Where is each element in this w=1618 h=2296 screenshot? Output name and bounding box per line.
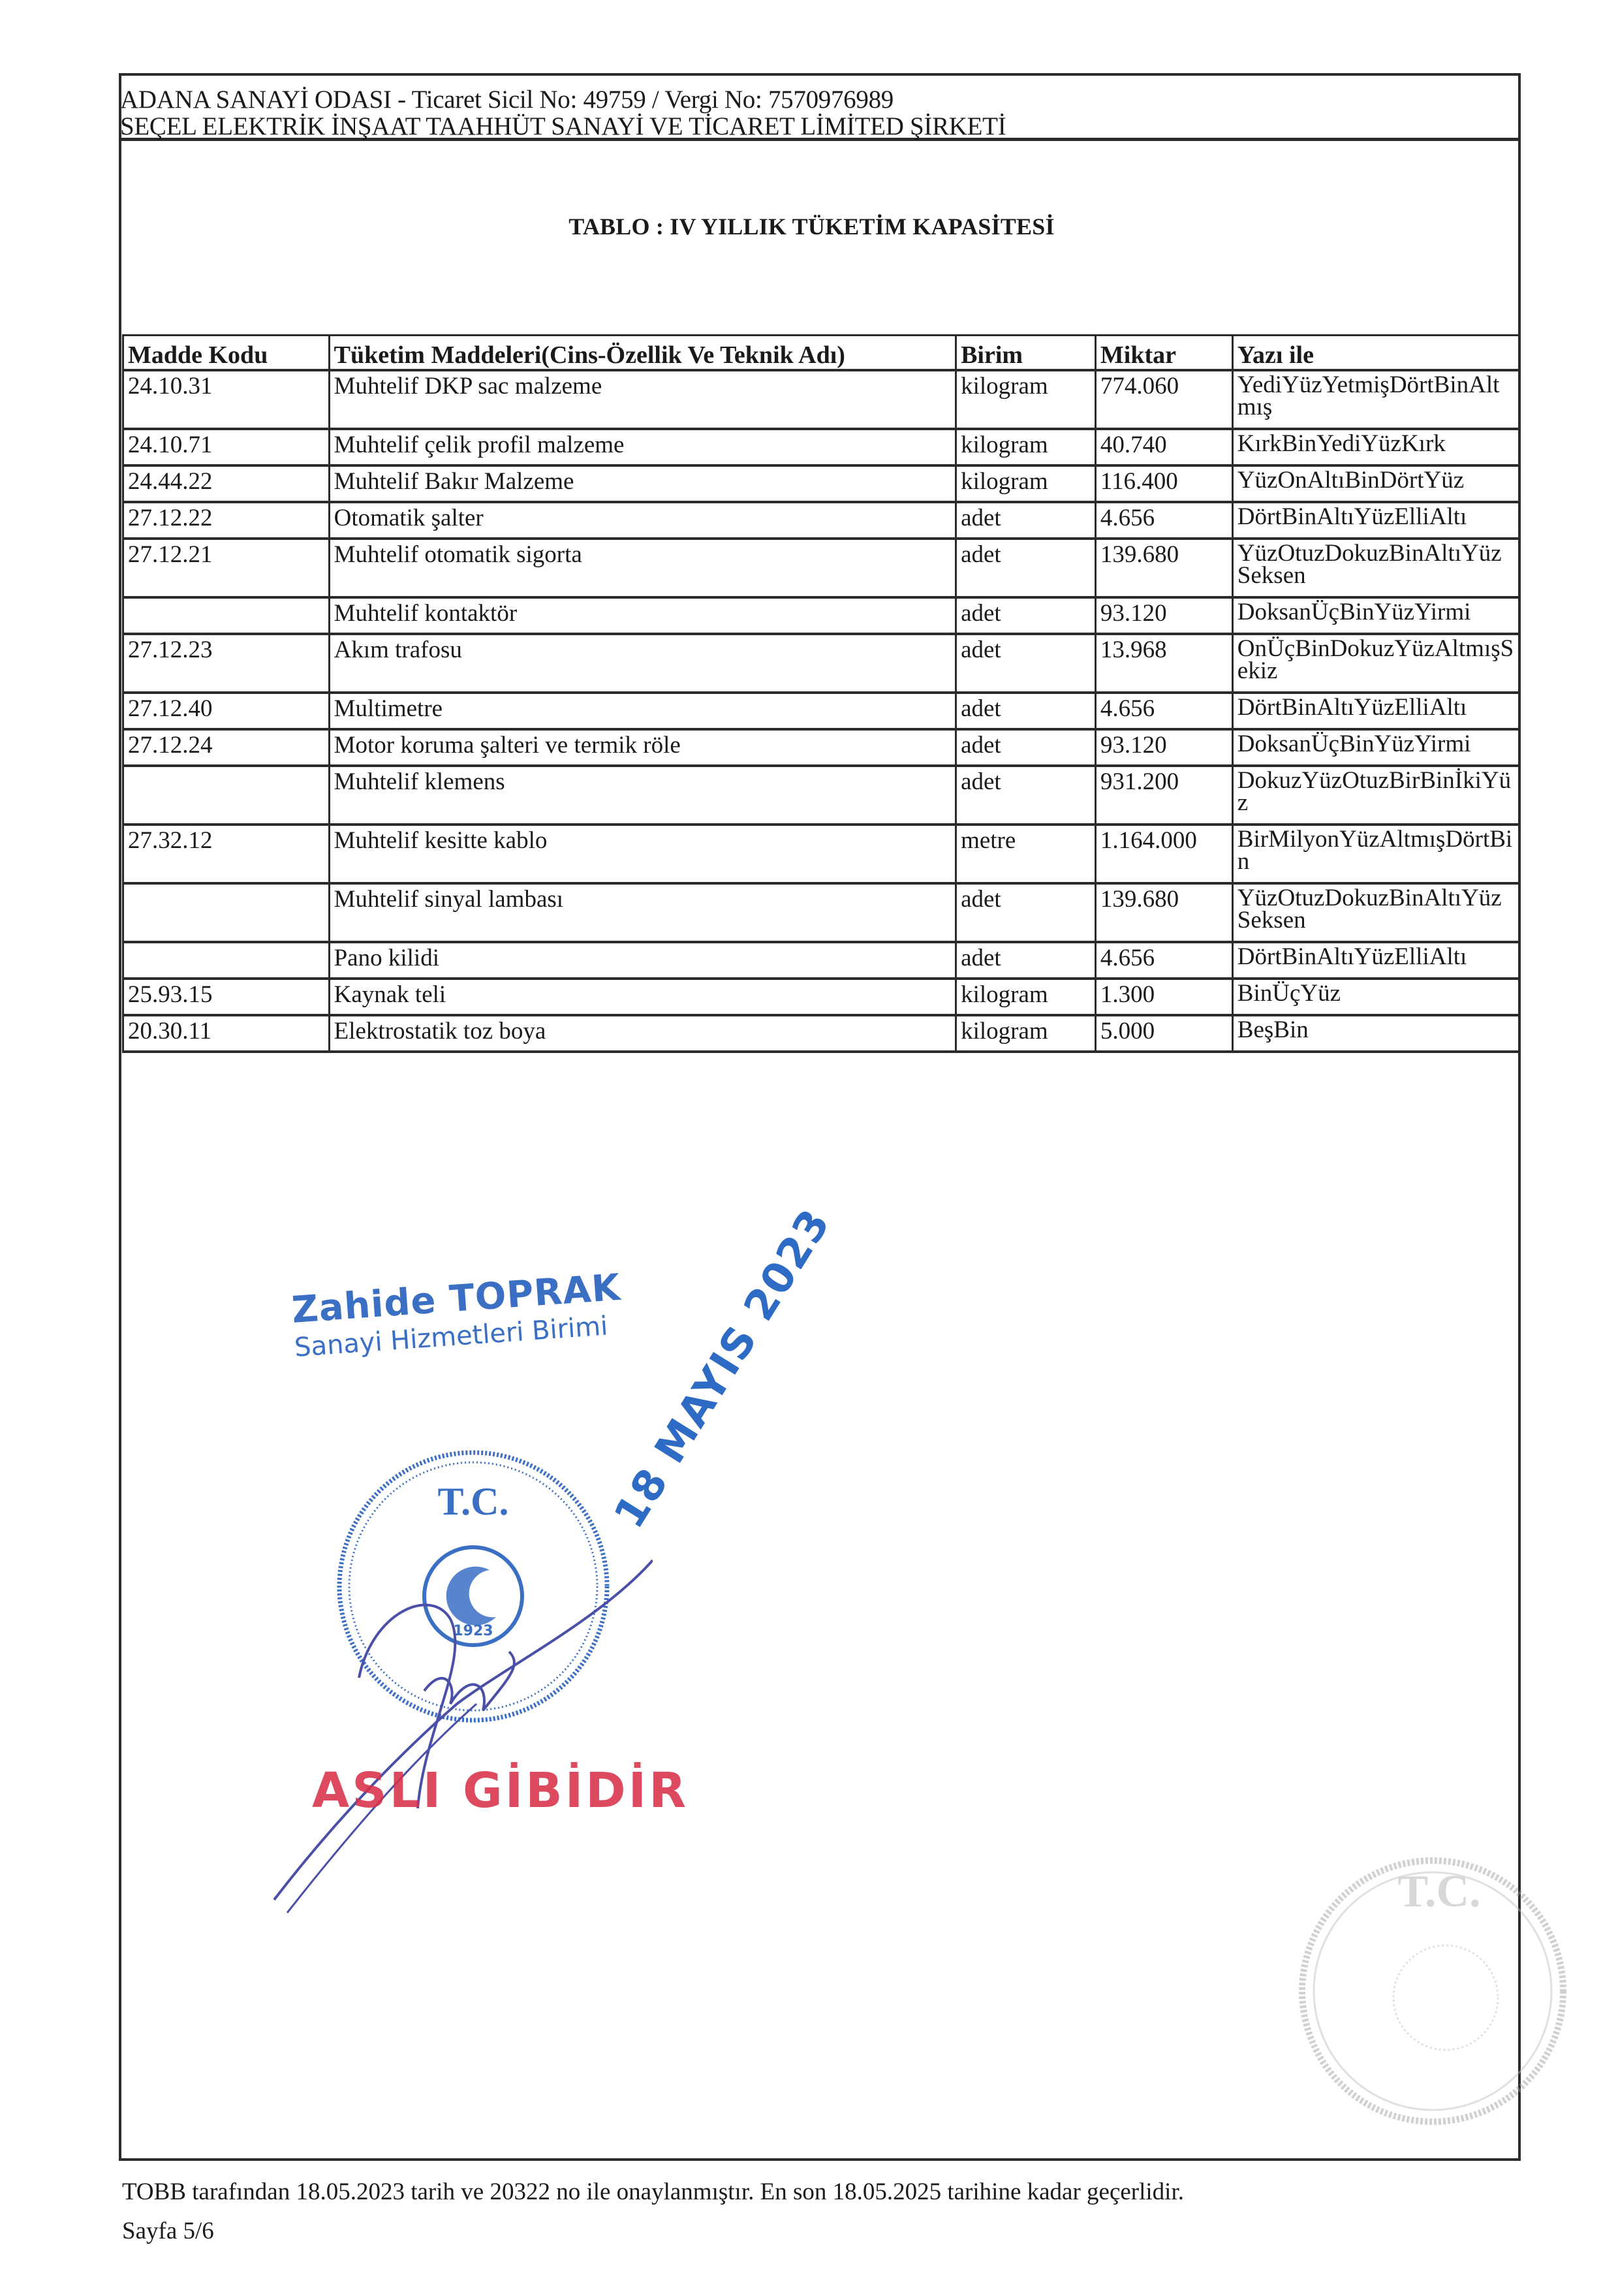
item-name: Muhtelif Bakır Malzeme: [329, 465, 956, 502]
item-code: [123, 597, 330, 634]
item-name: Akım trafosu: [329, 634, 956, 693]
table-row: 27.12.40Multimetreadet4.656DörtBinAltıYü…: [123, 693, 1519, 729]
table-row: 24.10.71Muhtelif çelik profil malzemekil…: [123, 429, 1519, 465]
table-header-row: Madde Kodu Tüketim Maddeleri(Cins-Özelli…: [123, 336, 1519, 371]
table-row: 27.12.21Muhtelif otomatik sigortaadet139…: [123, 539, 1519, 597]
item-name: Motor koruma şalteri ve termik röle: [329, 729, 956, 766]
item-quantity: 13.968: [1095, 634, 1232, 693]
item-name: Pano kilidi: [329, 942, 956, 979]
item-quantity-in-words: YediYüzYetmişDörtBinAltmış: [1232, 370, 1519, 429]
item-code: 27.12.24: [123, 729, 330, 766]
item-unit: kilogram: [956, 979, 1096, 1015]
item-name: Muhtelif sinyal lambası: [329, 883, 956, 942]
item-unit: adet: [956, 634, 1096, 693]
item-unit: adet: [956, 597, 1096, 634]
column-header-in-words: Yazı ile: [1232, 336, 1519, 371]
column-header-quantity: Miktar: [1095, 336, 1232, 371]
item-unit: kilogram: [956, 370, 1096, 429]
item-quantity: 1.300: [1095, 979, 1232, 1015]
chamber-registry-line: ADANA SANAYİ ODASI - Ticaret Sicil No: 4…: [120, 86, 1521, 113]
item-name: Muhtelif klemens: [329, 766, 956, 825]
table-row: 24.44.22Muhtelif Bakır Malzemekilogram11…: [123, 465, 1519, 502]
item-quantity-in-words: DoksanÜçBinYüzYirmi: [1232, 597, 1519, 634]
item-quantity: 4.656: [1095, 693, 1232, 729]
item-unit: kilogram: [956, 465, 1096, 502]
item-code: [123, 942, 330, 979]
item-quantity-in-words: YüzOnAltıBinDörtYüz: [1232, 465, 1519, 502]
item-code: 27.12.21: [123, 539, 330, 597]
table-row: Muhtelif sinyal lambasıadet139.680YüzOtu…: [123, 883, 1519, 942]
item-name: Otomatik şalter: [329, 502, 956, 539]
item-name: Muhtelif çelik profil malzeme: [329, 429, 956, 465]
item-quantity-in-words: DörtBinAltıYüzElliAltı: [1232, 693, 1519, 729]
item-quantity: 774.060: [1095, 370, 1232, 429]
table-row: 24.10.31Muhtelif DKP sac malzemekilogram…: [123, 370, 1519, 429]
item-quantity-in-words: OnÜçBinDokuzYüzAltmışSekiz: [1232, 634, 1519, 693]
table-row: 27.12.24Motor koruma şalteri ve termik r…: [123, 729, 1519, 766]
item-name: Kaynak teli: [329, 979, 956, 1015]
item-quantity-in-words: DoksanÜçBinYüzYirmi: [1232, 729, 1519, 766]
item-quantity-in-words: DörtBinAltıYüzElliAltı: [1232, 942, 1519, 979]
item-quantity: 116.400: [1095, 465, 1232, 502]
item-quantity-in-words: DokuzYüzOtuzBirBinİkiYüz: [1232, 766, 1519, 825]
item-quantity-in-words: BinÜçYüz: [1232, 979, 1519, 1015]
column-header-code: Madde Kodu: [123, 336, 330, 371]
company-name: SEÇEL ELEKTRİK İNŞAAT TAAHHÜT SANAYİ VE …: [120, 113, 1521, 140]
table-row: 20.30.11Elektrostatik toz boyakilogram5.…: [123, 1015, 1519, 1052]
item-unit: adet: [956, 729, 1096, 766]
table-row: 25.93.15Kaynak telikilogram1.300BinÜçYüz: [123, 979, 1519, 1015]
item-quantity: 139.680: [1095, 883, 1232, 942]
consumption-capacity-table: Madde Kodu Tüketim Maddeleri(Cins-Özelli…: [122, 334, 1520, 1053]
item-code: 27.12.23: [123, 634, 330, 693]
item-quantity: 4.656: [1095, 942, 1232, 979]
item-quantity-in-words: DörtBinAltıYüzElliAltı: [1232, 502, 1519, 539]
item-name: Multimetre: [329, 693, 956, 729]
item-code: 27.32.12: [123, 825, 330, 883]
item-code: 24.44.22: [123, 465, 330, 502]
item-quantity-in-words: BirMilyonYüzAltmışDörtBin: [1232, 825, 1519, 883]
document-footer: TOBB tarafından 18.05.2023 tarih ve 2032…: [122, 2173, 1184, 2251]
page-number: Sayfa 5/6: [122, 2212, 1184, 2251]
item-quantity: 93.120: [1095, 729, 1232, 766]
item-quantity: 931.200: [1095, 766, 1232, 825]
item-unit: adet: [956, 693, 1096, 729]
item-unit: adet: [956, 539, 1096, 597]
item-quantity: 93.120: [1095, 597, 1232, 634]
item-code: 27.12.40: [123, 693, 330, 729]
item-code: [123, 766, 330, 825]
item-code: 24.10.31: [123, 370, 330, 429]
table-row: Muhtelif kontaktöradet93.120DoksanÜçBinY…: [123, 597, 1519, 634]
item-name: Muhtelif kesitte kablo: [329, 825, 956, 883]
item-code: 24.10.71: [123, 429, 330, 465]
item-quantity: 40.740: [1095, 429, 1232, 465]
svg-text:T.C.: T.C.: [438, 1480, 509, 1523]
column-header-item: Tüketim Maddeleri(Cins-Özellik Ve Teknik…: [329, 336, 956, 371]
signature-icon: [261, 1534, 653, 1926]
true-copy-stamp: ASLI GİBİDİR: [312, 1763, 689, 1819]
item-quantity: 5.000: [1095, 1015, 1232, 1052]
item-unit: kilogram: [956, 1015, 1096, 1052]
item-quantity-in-words: KırkBinYediYüzKırk: [1232, 429, 1519, 465]
item-quantity: 1.164.000: [1095, 825, 1232, 883]
item-name: Elektrostatik toz boya: [329, 1015, 956, 1052]
column-header-unit: Birim: [956, 336, 1096, 371]
table-row: Muhtelif klemensadet931.200DokuzYüzOtuzB…: [123, 766, 1519, 825]
item-quantity: 139.680: [1095, 539, 1232, 597]
item-code: [123, 883, 330, 942]
item-unit: metre: [956, 825, 1096, 883]
item-unit: adet: [956, 942, 1096, 979]
svg-text:T.C.: T.C.: [1397, 1866, 1480, 1917]
table-row: Pano kilidiadet4.656DörtBinAltıYüzElliAl…: [123, 942, 1519, 979]
table-title-text: TABLO : IV YILLIK TÜKETİM KAPASİTESİ: [568, 213, 1054, 240]
table-row: 27.12.23Akım trafosuadet13.968OnÜçBinDok…: [123, 634, 1519, 693]
item-name: Muhtelif kontaktör: [329, 597, 956, 634]
item-name: Muhtelif otomatik sigorta: [329, 539, 956, 597]
item-quantity-in-words: YüzOtuzDokuzBinAltıYüzSeksen: [1232, 883, 1519, 942]
approval-note: TOBB tarafından 18.05.2023 tarih ve 2032…: [122, 2173, 1184, 2212]
item-name: Muhtelif DKP sac malzeme: [329, 370, 956, 429]
item-code: 25.93.15: [123, 979, 330, 1015]
item-code: 20.30.11: [123, 1015, 330, 1052]
table-title: TABLO : IV YILLIK TÜKETİM KAPASİTESİ: [0, 213, 1618, 240]
item-quantity-in-words: YüzOtuzDokuzBinAltıYüzSeksen: [1232, 539, 1519, 597]
item-unit: kilogram: [956, 429, 1096, 465]
table-row: 27.32.12Muhtelif kesitte kablometre1.164…: [123, 825, 1519, 883]
item-quantity-in-words: BeşBin: [1232, 1015, 1519, 1052]
item-unit: adet: [956, 766, 1096, 825]
document-header: ADANA SANAYİ ODASI - Ticaret Sicil No: 4…: [119, 73, 1521, 141]
faded-seal-icon: T.C.: [1289, 1848, 1576, 2135]
table-row: 27.12.22Otomatik şalteradet4.656DörtBinA…: [123, 502, 1519, 539]
item-quantity: 4.656: [1095, 502, 1232, 539]
item-unit: adet: [956, 883, 1096, 942]
item-unit: adet: [956, 502, 1096, 539]
item-code: 27.12.22: [123, 502, 330, 539]
